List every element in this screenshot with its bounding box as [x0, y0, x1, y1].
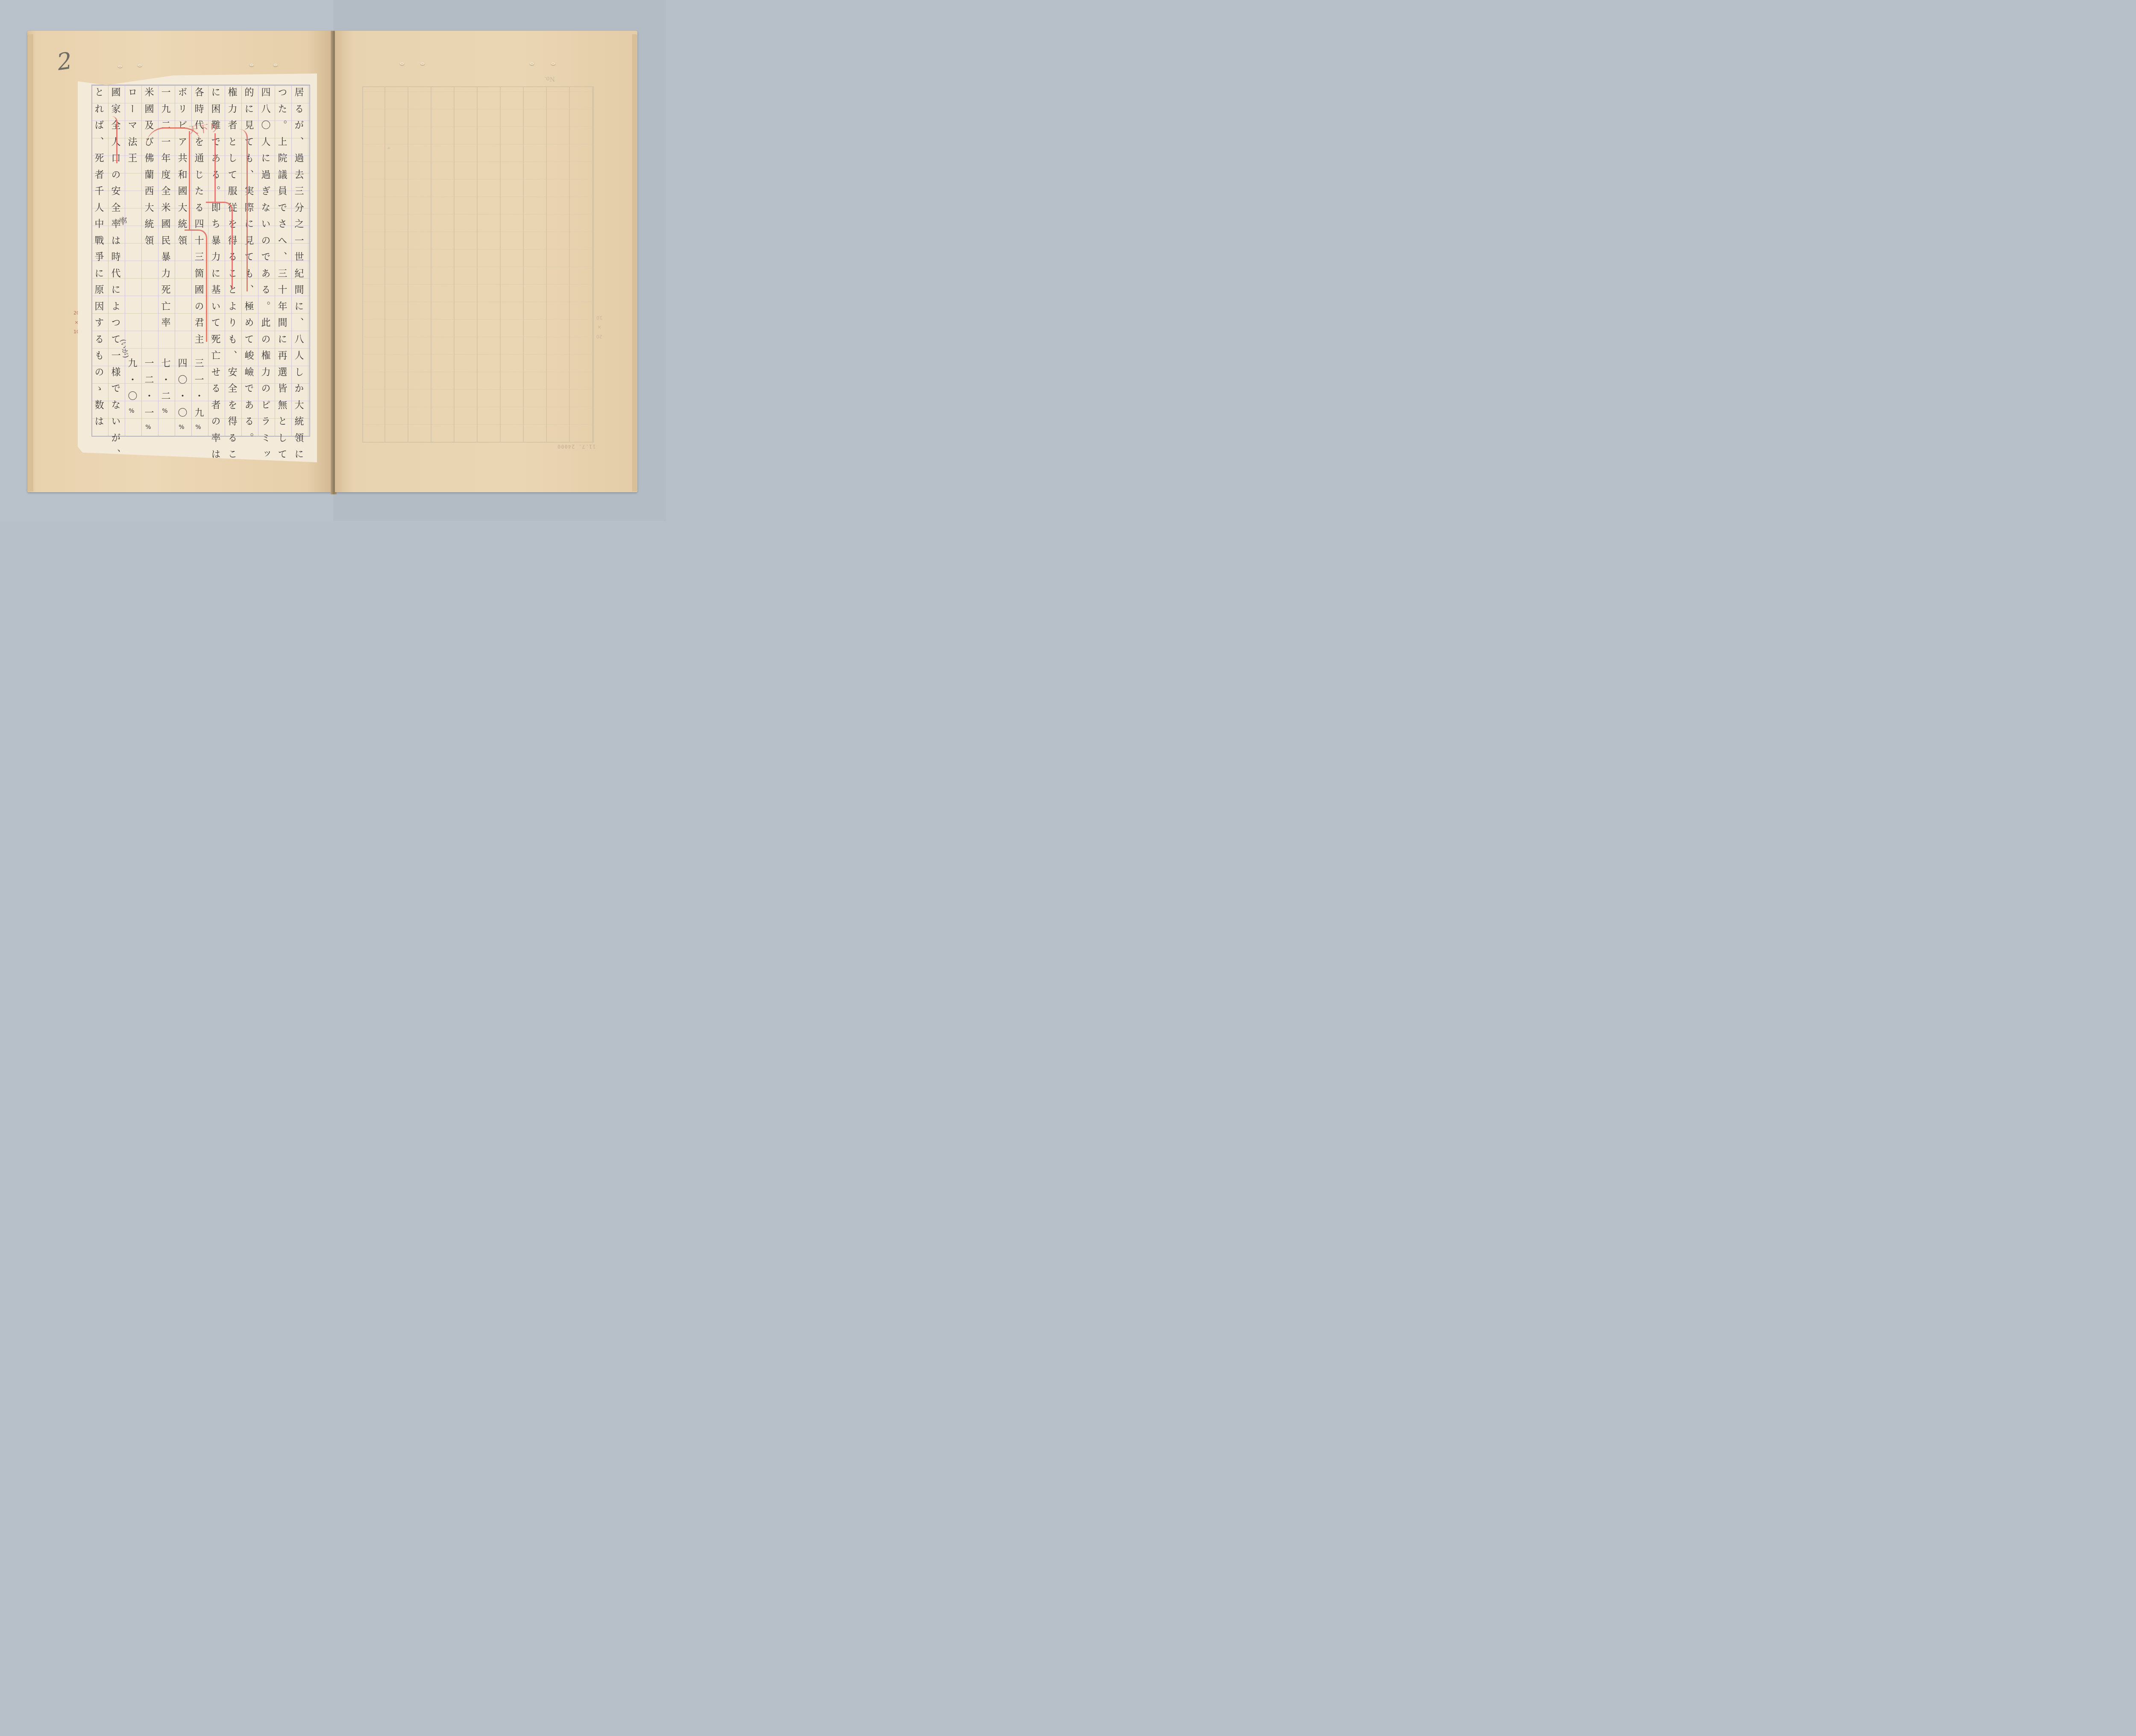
staple-hole-icon — [118, 65, 122, 68]
row-value: 七・二% — [157, 358, 173, 414]
red-pencil-line — [206, 133, 216, 202]
staple-hole-icon — [530, 62, 534, 65]
left-page: 2 20 × 10 No. 居るが、過去三分之一世紀間に、八人しか大統領になれな… — [27, 31, 332, 492]
blank-manuscript-grid — [362, 86, 594, 443]
row-label: ローマ法王 — [126, 87, 137, 170]
text-column: 四八〇人に過ぎないのである。此の権力のピラミッドは形式 — [257, 87, 273, 442]
staple-hole-icon — [273, 64, 278, 66]
red-pencil-line — [206, 202, 233, 288]
sheet-number-label: No. — [90, 76, 100, 83]
text-column: つた。上院議員でさへ、三十年間に再選皆無としても、合計 — [273, 87, 290, 442]
open-notebook: 2 20 × 10 No. 居るが、過去三分之一世紀間に、八人しか大統領になれな… — [25, 31, 640, 499]
staple-hole-icon — [138, 64, 142, 67]
red-pencil-bracket — [234, 129, 248, 291]
text-column: 居るが、過去三分之一世紀間に、八人しか大統領になれなか — [290, 87, 307, 442]
staple-hole-icon — [420, 62, 425, 65]
bleed-through-marks: ・ — [378, 142, 396, 155]
row-value: 一二・一% — [140, 358, 157, 431]
staple-hole-icon — [400, 62, 404, 65]
row-label: 米國及び佛蘭西大統領 — [143, 87, 154, 252]
sheet-number-label: No. — [544, 75, 555, 82]
row-label: 一九二一年度全米國民暴力死亡率 — [160, 87, 170, 334]
red-pencil-line — [185, 131, 190, 229]
row-value: 三一・九% — [190, 358, 207, 431]
printer-mark: 11.7. 24000 — [557, 444, 596, 449]
staple-hole-icon — [249, 64, 254, 66]
staple-hole-icon — [551, 62, 555, 65]
red-pencil-line — [112, 116, 117, 163]
red-pencil-arc — [146, 127, 202, 146]
pencil-correction: 率 — [119, 214, 127, 227]
pasted-manuscript-sheet: No. 居るが、過去三分之一世紀間に、八人しか大統領になれなか つた。上院議員で… — [78, 73, 317, 462]
page-edges-right — [632, 34, 637, 491]
red-pencil-line — [185, 229, 207, 342]
row-value: 四〇・〇% — [173, 358, 190, 431]
right-page: No. ・ 20 × 10 11.7. 24000 — [335, 31, 637, 492]
page-edges-left — [27, 34, 33, 491]
grid-size-print: 20 × 10 — [596, 313, 602, 341]
row-value: 九・〇% — [123, 358, 140, 414]
page-number: 2 — [56, 47, 74, 76]
printer-mark: 11.7. 24000 — [103, 473, 141, 479]
text-column: とれば、死者千人中戰爭に原因するものゝ数は — [90, 87, 107, 442]
table-row: ローマ法王 九・〇% — [123, 87, 140, 442]
pencil-correction: の — [211, 333, 216, 341]
